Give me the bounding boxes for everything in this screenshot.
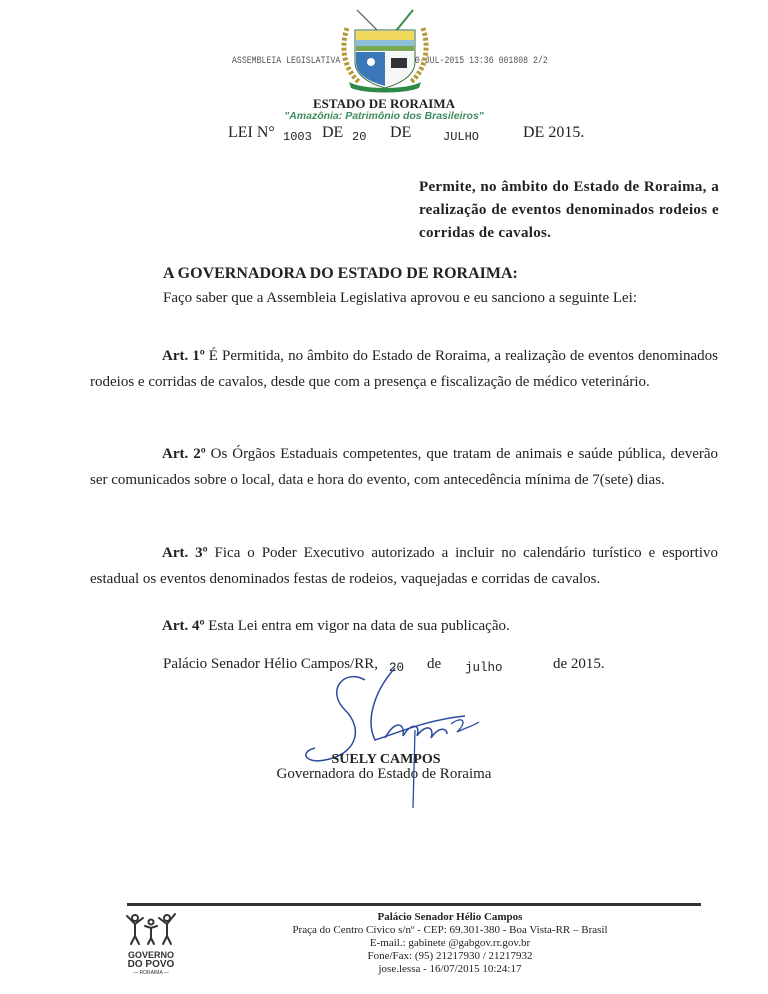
footer-phone: Fone/Fax: (95) 21217930 / 21217932 (200, 950, 700, 962)
roraima-coat-of-arms-icon (333, 6, 437, 94)
state-motto: "Amazônia: Patrimônio dos Brasileiros" (0, 110, 768, 122)
footer-stamp: jose.lessa - 16/07/2015 10:24:17 (200, 963, 700, 975)
footer-title-text: Palácio Senador Hélio Campos (378, 911, 523, 923)
article-2-label: Art. 2º (162, 446, 206, 462)
law-de-2: DE (390, 124, 411, 142)
law-month-value: JULHO (443, 130, 479, 144)
article-3: Art. 3º Fica o Poder Executivo autorizad… (90, 540, 718, 592)
law-year: DE 2015. (523, 124, 584, 142)
fax-header-sender: ASSEMBLEIA LEGISLATIVA (232, 56, 340, 67)
law-number-value: 1003 (283, 130, 312, 144)
article-1: Art. 1º É Permitida, no âmbito do Estado… (90, 343, 718, 395)
article-1-label: Art. 1º (162, 348, 205, 364)
article-4-label: Art. 4º (162, 618, 204, 634)
signatory-role: Governadora do Estado de Roraima (0, 766, 768, 783)
article-4: Art. 4º Esta Lei entra em vigor na data … (90, 613, 718, 639)
footer-divider (127, 903, 701, 906)
article-2: Art. 2º Os Órgãos Estaduais competentes,… (90, 441, 718, 493)
footer-email: E-mail.: gabinete @gabgov.rr.gov.br (200, 937, 700, 949)
footer-address: Praça do Centro Cívico s/nº - CEP: 69.30… (200, 924, 700, 936)
law-summary: Permite, no âmbito do Estado de Roraima,… (419, 176, 719, 245)
preamble-title: A GOVERNADORA DO ESTADO DE RORAIMA: (163, 265, 518, 283)
governo-do-povo-logo-icon: GOVERNO DO POVO — RORAIMA — (125, 912, 177, 972)
handwritten-signature-icon (225, 660, 545, 810)
logo-line-3: — RORAIMA — (125, 969, 177, 978)
law-month: JULHO (443, 127, 479, 145)
logo-line-2: DO POVO (125, 960, 177, 969)
law-number: 1003 (283, 127, 312, 145)
preamble-text: Faço saber que a Assembleia Legislativa … (163, 290, 637, 307)
article-3-label: Art. 3º (162, 545, 208, 561)
law-day: 20 (352, 127, 366, 145)
footer-title: Palácio Senador Hélio Campos (200, 911, 700, 923)
article-4-text: Esta Lei entra em vigor na data de sua p… (208, 618, 510, 634)
law-prefix: LEI N° (228, 124, 275, 142)
closing-year: de 2015. (553, 656, 605, 673)
law-de-1: DE (322, 124, 343, 142)
law-day-value: 20 (352, 130, 366, 144)
